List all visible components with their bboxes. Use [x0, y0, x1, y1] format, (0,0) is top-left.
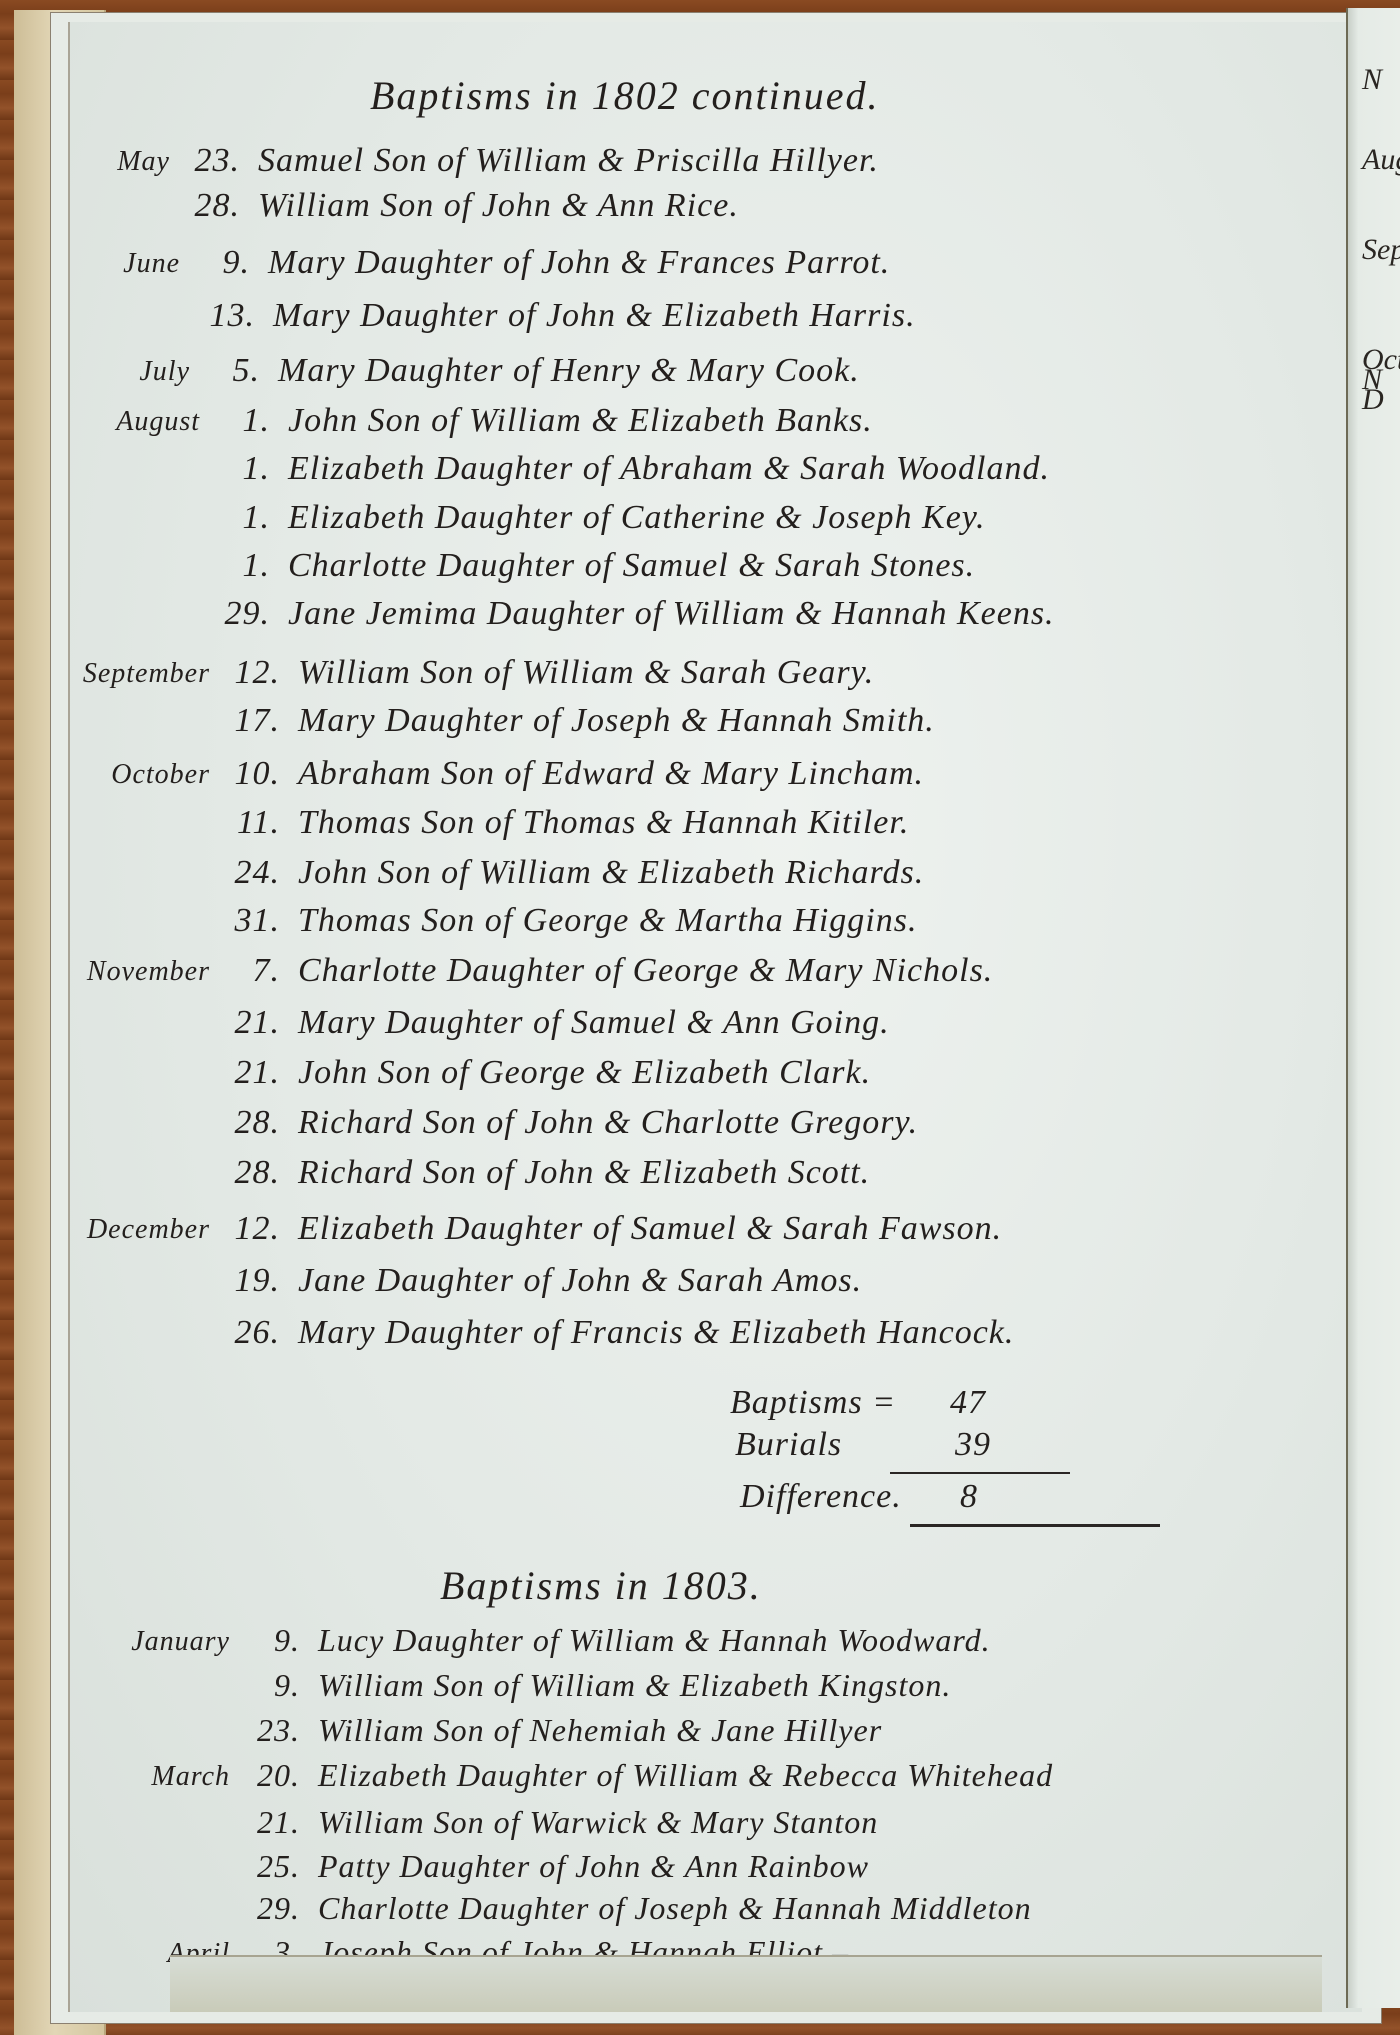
- entry: 1.Elizabeth Daughter of Catherine & Jose…: [210, 499, 986, 537]
- summary-double-rule: [910, 1524, 1160, 1527]
- entry: October10.Abraham Son of Edward & Mary L…: [220, 755, 924, 793]
- entry-month: November: [87, 956, 210, 988]
- entry: 21.John Son of George & Elizabeth Clark.: [220, 1054, 871, 1092]
- entry-day: 19.: [220, 1262, 280, 1300]
- entry-day: 12.: [220, 1210, 280, 1248]
- entry-day: 25.: [240, 1848, 300, 1885]
- summary-difference-value: 8: [960, 1478, 978, 1516]
- entry-text: Elizabeth Daughter of Abraham & Sarah Wo…: [288, 450, 1050, 487]
- entry-text: Elizabeth Daughter of William & Rebecca …: [318, 1757, 1053, 1793]
- entry-month: September: [83, 658, 210, 690]
- entry: 21.William Son of Warwick & Mary Stanton: [240, 1804, 878, 1841]
- entry-text: Abraham Son of Edward & Mary Lincham.: [298, 755, 924, 792]
- entry: 21.Mary Daughter of Samuel & Ann Going.: [220, 1004, 890, 1042]
- heading-1803: Baptisms in 1803.: [440, 1562, 762, 1609]
- entry: 23.William Son of Nehemiah & Jane Hillye…: [240, 1712, 882, 1749]
- entry-text: Elizabeth Daughter of Samuel & Sarah Faw…: [298, 1210, 1002, 1247]
- entry-day: 10.: [220, 755, 280, 793]
- facing-page-edge: N Aug Septe Octo N D: [1346, 8, 1400, 2008]
- entry: August1.John Son of William & Elizabeth …: [210, 402, 873, 440]
- entry-day: 24.: [220, 854, 280, 892]
- entry-day: 29.: [210, 595, 270, 633]
- entry-text: Mary Daughter of Joseph & Hannah Smith.: [298, 702, 935, 739]
- entry-day: 9.: [240, 1622, 300, 1659]
- entry-text: Jane Daughter of John & Sarah Amos.: [298, 1262, 862, 1299]
- entry-text: Elizabeth Daughter of Catherine & Joseph…: [288, 499, 986, 536]
- entry-day: 23.: [180, 142, 240, 180]
- entry-text: Jane Jemima Daughter of William & Hannah…: [288, 595, 1055, 632]
- register-page: Baptisms in 1802 continued. May23.Samuel…: [68, 22, 1362, 2012]
- entry: 1.Elizabeth Daughter of Abraham & Sarah …: [210, 450, 1050, 488]
- summary-baptisms-value: 47: [950, 1384, 986, 1422]
- entry: 19.Jane Daughter of John & Sarah Amos.: [220, 1262, 862, 1300]
- entry-text: William Son of John & Ann Rice.: [258, 187, 739, 224]
- entry-day: 1.: [210, 547, 270, 585]
- entry-text: Thomas Son of George & Martha Higgins.: [298, 902, 917, 939]
- entry-day: 9.: [190, 244, 250, 282]
- entry: 28.Richard Son of John & Elizabeth Scott…: [220, 1154, 870, 1192]
- entry-text: Richard Son of John & Elizabeth Scott.: [298, 1154, 870, 1191]
- entry-text: Charlotte Daughter of Samuel & Sarah Sto…: [288, 547, 975, 584]
- entry-text: Charlotte Daughter of George & Mary Nich…: [298, 952, 993, 989]
- entry-day: 20.: [240, 1757, 300, 1794]
- page-bottom-edge: [170, 1955, 1322, 2012]
- entry-text: Patty Daughter of John & Ann Rainbow: [318, 1848, 869, 1884]
- summary-burials-value: 39: [955, 1426, 991, 1464]
- entry-day: 28.: [180, 187, 240, 225]
- summary-baptisms: Baptisms =47: [730, 1384, 1030, 1422]
- entry-day: 5.: [200, 352, 260, 390]
- entry-text: William Son of Warwick & Mary Stanton: [318, 1804, 878, 1840]
- entry-text: William Son of William & Sarah Geary.: [298, 654, 874, 691]
- entry-day: 17.: [220, 702, 280, 740]
- entry-text: William Son of William & Elizabeth Kings…: [318, 1667, 951, 1703]
- entry-text: Thomas Son of Thomas & Hannah Kitiler.: [298, 804, 909, 841]
- entry: 31.Thomas Son of George & Martha Higgins…: [220, 902, 917, 940]
- entry-day: 28.: [220, 1104, 280, 1142]
- entry-text: John Son of William & Elizabeth Banks.: [288, 402, 873, 439]
- heading-1802: Baptisms in 1802 continued.: [370, 72, 880, 119]
- entry-day: 13.: [195, 297, 255, 335]
- entry-month: June: [123, 248, 180, 280]
- entry-day: 1.: [210, 450, 270, 488]
- entry: 26.Mary Daughter of Francis & Elizabeth …: [220, 1314, 1014, 1352]
- entry: May23.Samuel Son of William & Priscilla …: [180, 142, 879, 180]
- entry-day: 31.: [220, 902, 280, 940]
- entry-day: 29.: [240, 1890, 300, 1927]
- summary-difference-label: Difference.: [740, 1478, 902, 1515]
- entry-month: October: [111, 759, 210, 791]
- entry: 17.Mary Daughter of Joseph & Hannah Smit…: [220, 702, 935, 740]
- facing-fragment: D: [1362, 383, 1384, 417]
- summary-burials: Burials39: [735, 1426, 1035, 1464]
- entry: 24.John Son of William & Elizabeth Richa…: [220, 854, 924, 892]
- entry-text: Mary Daughter of Henry & Mary Cook.: [278, 352, 860, 389]
- entry: 29.Charlotte Daughter of Joseph & Hannah…: [240, 1890, 1032, 1927]
- entry-day: 1.: [210, 402, 270, 440]
- summary-rule: [890, 1472, 1070, 1474]
- facing-fragment: N: [1362, 63, 1382, 97]
- summary-difference: Difference.8: [740, 1478, 1040, 1516]
- entry: June9.Mary Daughter of John & Frances Pa…: [190, 244, 890, 282]
- entry: 1.Charlotte Daughter of Samuel & Sarah S…: [210, 547, 975, 585]
- entry-text: Mary Daughter of Francis & Elizabeth Han…: [298, 1314, 1014, 1351]
- summary-burials-label: Burials: [735, 1426, 842, 1463]
- entry: 13.Mary Daughter of John & Elizabeth Har…: [195, 297, 916, 335]
- entry: November7.Charlotte Daughter of George &…: [220, 952, 993, 990]
- entry: 28.Richard Son of John & Charlotte Grego…: [220, 1104, 918, 1142]
- facing-fragment: Septe: [1362, 233, 1400, 267]
- entry-month: December: [87, 1214, 210, 1246]
- entry-month: January: [131, 1626, 230, 1658]
- entry: 29.Jane Jemima Daughter of William & Han…: [210, 595, 1055, 633]
- facing-fragment: Aug: [1362, 143, 1400, 177]
- entry: July5.Mary Daughter of Henry & Mary Cook…: [200, 352, 860, 390]
- entry-text: Lucy Daughter of William & Hannah Woodwa…: [318, 1622, 991, 1658]
- entry: March20.Elizabeth Daughter of William & …: [240, 1757, 1053, 1794]
- entry-day: 21.: [220, 1004, 280, 1042]
- entry-text: Mary Daughter of John & Elizabeth Harris…: [273, 297, 916, 334]
- entry-day: 12.: [220, 654, 280, 692]
- entry-month: August: [116, 406, 200, 438]
- entry-day: 11.: [220, 804, 280, 842]
- entry: 28.William Son of John & Ann Rice.: [180, 187, 739, 225]
- entry: January9.Lucy Daughter of William & Hann…: [240, 1622, 991, 1659]
- summary-baptisms-label: Baptisms =: [730, 1384, 896, 1421]
- entry: 25.Patty Daughter of John & Ann Rainbow: [240, 1848, 869, 1885]
- entry-day: 21.: [220, 1054, 280, 1092]
- entry-text: John Son of William & Elizabeth Richards…: [298, 854, 924, 891]
- entry: December12.Elizabeth Daughter of Samuel …: [220, 1210, 1002, 1248]
- entry: 9.William Son of William & Elizabeth Kin…: [240, 1667, 951, 1704]
- entry-text: Mary Daughter of John & Frances Parrot.: [268, 244, 890, 281]
- entry-text: Richard Son of John & Charlotte Gregory.: [298, 1104, 918, 1141]
- entry-text: Samuel Son of William & Priscilla Hillye…: [258, 142, 879, 179]
- entry: 11.Thomas Son of Thomas & Hannah Kitiler…: [220, 804, 909, 842]
- entry-day: 26.: [220, 1314, 280, 1352]
- entry-month: July: [139, 356, 190, 388]
- entry-day: 1.: [210, 499, 270, 537]
- entry-text: William Son of Nehemiah & Jane Hillyer: [318, 1712, 882, 1748]
- entry-month: March: [151, 1761, 230, 1793]
- entry-month: May: [117, 146, 170, 178]
- entry: September12.William Son of William & Sar…: [220, 654, 874, 692]
- entry-text: John Son of George & Elizabeth Clark.: [298, 1054, 871, 1091]
- entry-text: Mary Daughter of Samuel & Ann Going.: [298, 1004, 890, 1041]
- entry-day: 21.: [240, 1804, 300, 1841]
- entry-day: 28.: [220, 1154, 280, 1192]
- entry-day: 7.: [220, 952, 280, 990]
- entry-day: 23.: [240, 1712, 300, 1749]
- entry-day: 9.: [240, 1667, 300, 1704]
- entry-text: Charlotte Daughter of Joseph & Hannah Mi…: [318, 1890, 1032, 1926]
